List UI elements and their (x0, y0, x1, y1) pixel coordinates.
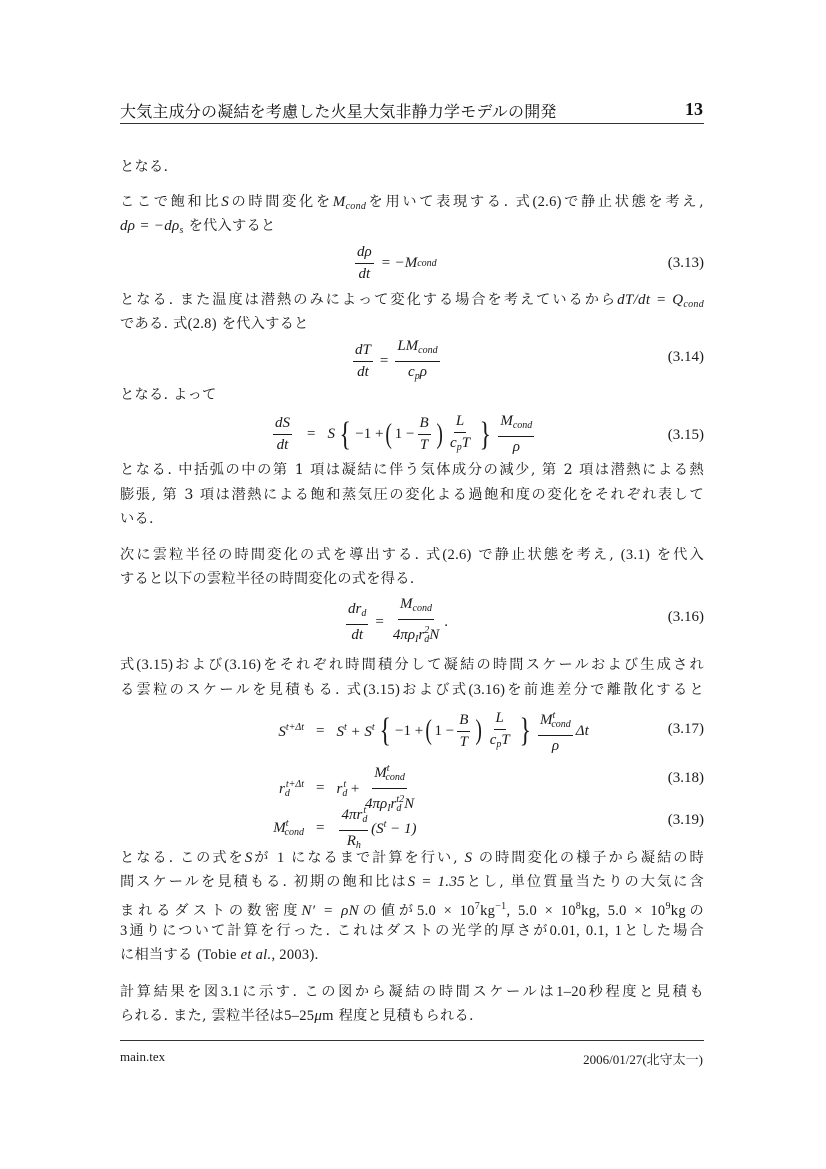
paragraph-3-line-1: となる. 中括弧の中の第 1 項は凝結に伴う気体成分の減少, 第 2 項は潜熱に… (120, 461, 704, 479)
citation: (Tobie et al., 2003). (197, 947, 318, 963)
paragraph-6-line-4: 3通りについて計算を行った. これはダストの光学的厚さが0.01, 0.1, 1… (120, 922, 704, 940)
paragraph-6-line-1: となる. この式をSが 1 になるまで計算を行い, S の時間変化の様子から凝結… (120, 849, 704, 867)
equation-3-16: drddt = Mcond4πρIrd2N. (343, 596, 448, 648)
paragraph-6-line-5: に相当する (Tobie et al., 2003). (120, 946, 704, 964)
footer-filename: main.tex (120, 1049, 165, 1065)
paragraph-2-line-2: である. 式(2.8) を代入すると (120, 315, 704, 333)
equation-3-17: St+Δt = St + St{−1 + (1 − BT) LcpT} Mtco… (232, 707, 589, 755)
footer-rule (120, 1040, 704, 1041)
equation-3-19: Mtcond = 4πrdtRh(St − 1) (232, 802, 417, 854)
paragraph-6-line-2: 間スケールを見積もる. 初期の飽和比はS = 1.35とし, 単位質量当たりの大… (120, 873, 704, 891)
header-rule (120, 123, 704, 124)
equation-reference: (2.8) (188, 316, 217, 332)
running-header-title: 大気主成分の凝結を考慮した火星大気非静力学モデルの開発 (120, 99, 557, 122)
equation-number: (3.16) (668, 609, 704, 626)
equation-3-13: dρdt = −Mcond (352, 244, 437, 283)
paragraph-1-line-1: ここで飽和比Sの時間変化をMcondを用いて表現する. 式(2.6)で静止状態を… (120, 193, 704, 216)
text-line: となる. よって (120, 386, 704, 404)
paragraph-5-line-1: 式(3.15)および(3.16)をそれぞれ時間積分して凝結の時間スケールおよび生… (120, 656, 704, 674)
equation-reference: (2.6) (532, 194, 561, 210)
paragraph-2-line-1: となる. また温度は潜熱のみによって変化する場合を考えているからdT/dt = … (120, 291, 704, 314)
paragraph-7-line-1: 計算結果を図3.1に示す. この図から凝結の時間スケールは1–20秒程度と見積も (120, 983, 704, 1001)
equation-3-15: dSdt = S{−1 + (1 − BT) LcpT} Mcondρ (270, 413, 537, 456)
equation-number: (3.14) (668, 349, 704, 366)
paragraph-4-line-2: すると以下の雲粒半径の時間変化の式を得る. (120, 570, 704, 588)
paragraph-1-line-2: dρ = −dρs を代入すると (120, 217, 704, 240)
equation-number: (3.13) (668, 255, 704, 272)
figure-reference: 3.1 (221, 984, 240, 1000)
paragraph-3-line-3: いる. (120, 510, 704, 528)
equation-number: (3.17) (668, 721, 704, 738)
equation-number: (3.19) (668, 812, 704, 829)
paragraph-6-line-3: まれるダストの数密度N′ = ρNの値が5.0 × 107kg−1, 5.0 ×… (120, 898, 704, 920)
footer-date-author: 2006/01/27(北守太一) (583, 1049, 703, 1068)
paragraph-5-line-2: る雲粒のスケールを見積もる. 式(3.15)および式(3.16)を前進差分で離散… (120, 681, 704, 699)
equation-number: (3.15) (668, 427, 704, 444)
equation-number: (3.18) (668, 770, 704, 787)
paragraph-7-line-2: られる. また, 雲粒半径は5–25μm 程度と見積もられる. (120, 1007, 704, 1025)
paragraph-3-line-2: 膨張, 第 3 項は潜熱による飽和蒸気圧の変化よる過飽和度の変化をそれぞれ表して (120, 486, 704, 504)
page-number: 13 (685, 99, 703, 120)
text-line: となる. (120, 158, 704, 176)
equation-3-14: dTdt = LMcond cpρ (350, 338, 443, 385)
paragraph-4-line-1: 次に雲粒半径の時間変化の式を導出する. 式(2.6) で静止状態を考え, (3.… (120, 546, 704, 564)
